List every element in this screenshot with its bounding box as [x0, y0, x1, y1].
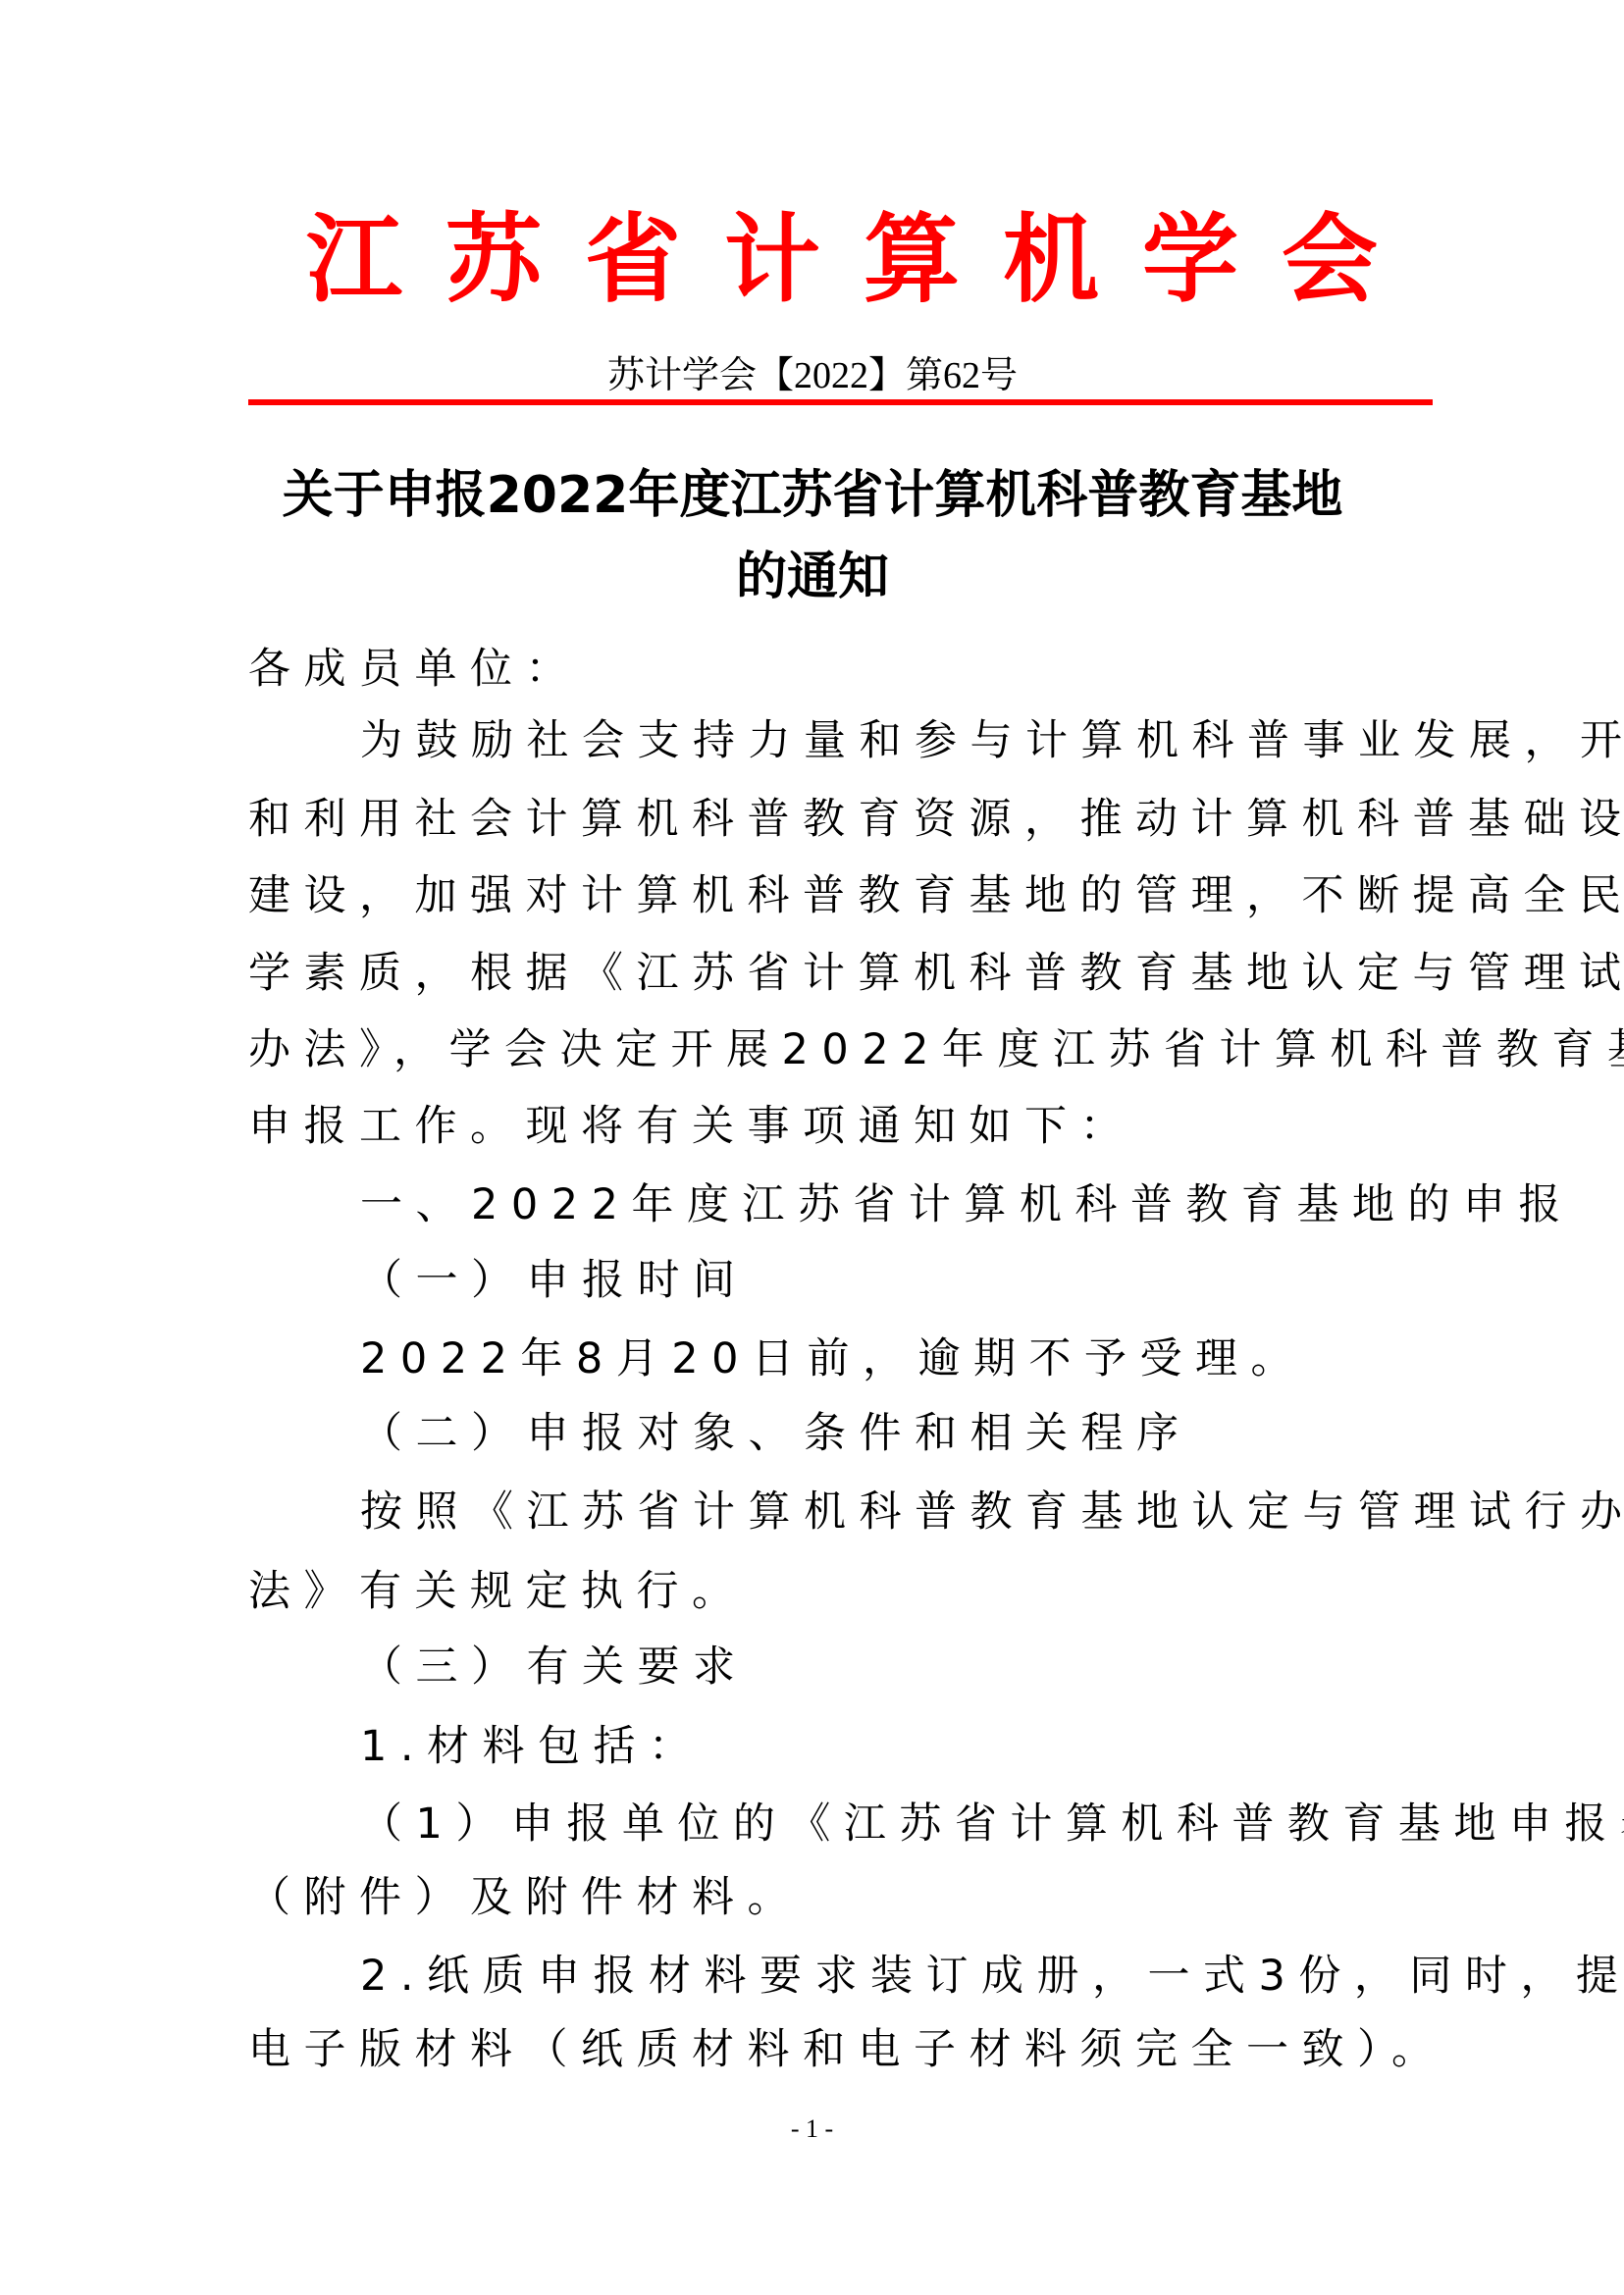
subsection-heading: （二）申报对象、条件和相关程序 [248, 1404, 1387, 1463]
body-line: 1.材料包括： [248, 1717, 1387, 1776]
body-line: （附件）及附件材料。 [248, 1868, 1387, 1927]
subsection-heading: （一）申报时间 [248, 1251, 1387, 1310]
body-line: 办法》，学会决定开展2022年度江苏省计算机科普教育基地 [248, 1020, 1387, 1079]
document-number: 苏计学会【2022】第62号 [248, 351, 1377, 400]
salutation: 各成员单位： [248, 640, 1387, 699]
headline-line-2: 的通知 [248, 543, 1377, 611]
body-line: 申报工作。现将有关事项通知如下： [248, 1097, 1387, 1156]
body-line: 2.纸质申报材料要求装订成册，一式3份，同时，提供 [248, 1947, 1387, 2006]
body-line: 为鼓励社会支持力量和参与计算机科普事业发展，开发 [248, 711, 1387, 770]
organization-title: 江苏省计算机学会 [248, 196, 1436, 324]
red-header-rule [248, 399, 1433, 405]
headline-line-1: 关于申报2022年度江苏省计算机科普教育基地 [248, 461, 1377, 530]
body-line: 建设，加强对计算机科普教育基地的管理，不断提高全民科 [248, 866, 1387, 925]
page-number: - 1 - [0, 2110, 1624, 2149]
body-line: 电子版材料（纸质材料和电子材料须完全一致）。 [248, 2020, 1387, 2079]
body-line: 和利用社会计算机科普教育资源，推动计算机科普基础设施 [248, 790, 1387, 849]
section-heading: 一、2022年度江苏省计算机科普教育基地的申报 [248, 1175, 1387, 1234]
body-line: 按照《江苏省计算机科普教育基地认定与管理试行办 [248, 1483, 1387, 1541]
body-line: 学素质，根据《江苏省计算机科普教育基地认定与管理试行 [248, 944, 1387, 1003]
body-line: 法》有关规定执行。 [248, 1562, 1387, 1621]
subsection-heading: （三）有关要求 [248, 1638, 1387, 1696]
body-line: （1）申报单位的《江苏省计算机科普教育基地申报表》 [248, 1795, 1387, 1853]
body-line: 2022年8月20日前，逾期不予受理。 [248, 1330, 1387, 1388]
